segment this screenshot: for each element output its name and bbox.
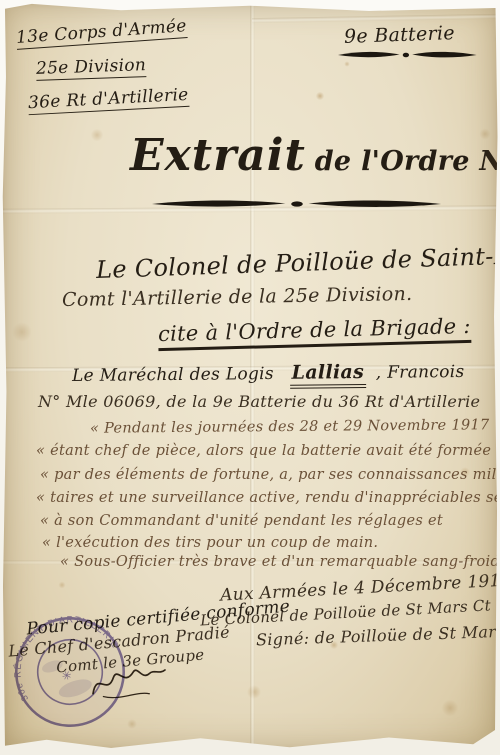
signed-text: Signé: de Poilloüe de St Mars. [256,622,500,650]
page-title: Extrait de l'Ordre N° 46. [130,130,500,181]
fold-crease-top [252,14,498,23]
unit-division-label: 25e Division [36,55,147,81]
citation-line-5: « à son Commandant d'unité pendant les r… [40,513,443,529]
commander-line: Comt l'Artillerie de la 25e Division. [62,283,413,311]
title-word-extrait: Extrait [130,130,306,181]
cite-order-label: cite à l'Ordre de la Brigade : [158,314,471,351]
flourish-underline-title [152,198,442,210]
citation-text-2: « étant chef de pièce, alors que la batt… [36,443,491,459]
unit-division-line: 25e Division [36,55,147,79]
title-rest: de l'Ordre N° 46. [315,146,500,177]
citation-text-3: « par des éléments de fortune, a, par se… [40,467,500,483]
soldier-line: Le Maréchal des Logis Lallias , Francois [72,360,465,386]
citation-text-5: « à son Commandant d'unité pendant les r… [40,513,443,529]
colonel-line: Le Colonel de Poilloüe de Saint-Mars [96,240,500,284]
matricule-line: N° Mle 06069, de la 9e Batterie du 36 Rt… [38,392,480,411]
citation-line-3: « par des éléments de fortune, a, par se… [40,467,500,483]
flourish-underline-battery [338,50,478,60]
colonel-name: Le Colonel de Poilloüe de Saint-Mars [96,240,500,284]
citation-line-1: « Pendant les journées des 28 et 29 Nove… [90,417,490,436]
soldier-firstname: , Francois [376,362,465,383]
citation-line-4: « taires et une surveillance active, ren… [36,490,500,506]
citation-line-7: « Sous-Officier très brave et d'un remar… [60,554,500,570]
unit-corps-label: 13e Corps d'Armée [16,16,188,50]
citation-line-2: « étant chef de pièce, alors que la batt… [36,443,491,459]
signed-line: Signé: de Poilloüe de St Mars. [256,622,500,650]
citation-line-6: « l'exécution des tirs pour un coup de m… [42,535,378,551]
commander-label: Comt l'Artillerie de la 25e Division. [62,283,413,311]
battery-line: 9e Batterie [344,22,456,48]
citation-text-4: « taires et une surveillance active, ren… [36,490,500,506]
unit-regiment-line: 36e Rt d'Artillerie [28,85,189,113]
soldier-name: Lallias [289,361,366,389]
unit-regiment-label: 36e Rt d'Artillerie [28,85,190,115]
citation-text-7: « Sous-Officier très brave et d'un remar… [60,554,500,570]
citation-text-1: « Pendant les journées des 28 et 29 Nove… [90,417,490,436]
matricule-text: N° Mle 06069, de la 9e Batterie du 36 Rt… [38,392,480,411]
soldier-rank: Le Maréchal des Logis [72,364,274,386]
cite-order-line: cite à l'Ordre de la Brigade : [158,314,471,346]
document-paper: 13e Corps d'Armée 25e Division 36e Rt d'… [2,2,498,751]
battery-label: 9e Batterie [344,22,456,48]
citation-text-6: « l'exécution des tirs pour un coup de m… [42,535,378,551]
unit-corps-line: 13e Corps d'Armée [16,16,188,48]
scan-background: 13e Corps d'Armée 25e Division 36e Rt d'… [0,0,500,755]
